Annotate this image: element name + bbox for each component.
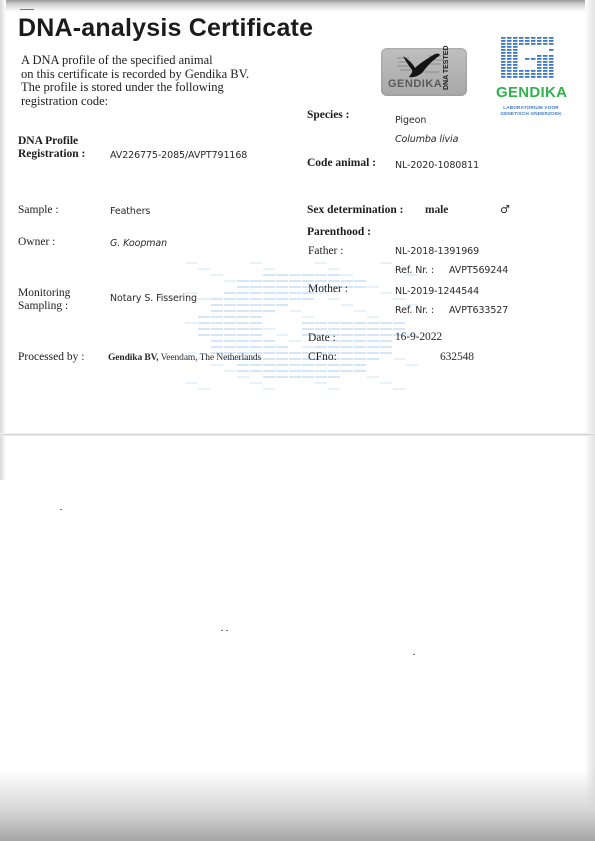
mother-ref-label: Ref. Nr. : <box>395 305 434 316</box>
lab-subtitle-line: GENETISCH ONDERZOEK <box>493 111 569 117</box>
registration-value: AV226775-2085/AVPT791168 <box>110 150 247 161</box>
code-animal-value: NL-2020-1080811 <box>395 160 479 171</box>
registration-label-line2: Registration : <box>18 148 85 160</box>
intro-text: A DNA profile of the specified animal on… <box>21 54 321 108</box>
mother-label: Mother : <box>308 283 348 295</box>
species-latin-value: Columba livia <box>395 134 458 145</box>
parenthood-label: Parenthood : <box>307 226 371 238</box>
sample-value: Feathers <box>110 206 150 217</box>
dust-speck <box>60 509 62 510</box>
code-animal-label: Code animal : <box>307 157 376 169</box>
sample-label: Sample : <box>18 204 59 216</box>
processed-company: Gendika BV, <box>108 353 158 363</box>
cfno-value: 632548 <box>440 351 474 363</box>
monitoring-label-line2: Sampling : <box>18 300 68 312</box>
mother-value: NL-2019-1244544 <box>395 286 479 297</box>
father-ref-label: Ref. Nr. : <box>395 265 434 276</box>
father-value: NL-2018-1391969 <box>395 246 479 257</box>
lab-subtitle-line: LABORATORIUM VOOR <box>493 105 569 111</box>
intro-line: registration code: <box>21 95 321 109</box>
dust-speck <box>226 630 228 631</box>
father-ref-value: AVPT569244 <box>449 265 508 276</box>
owner-value: G. Koopman <box>110 238 167 249</box>
owner-label: Owner : <box>18 236 55 248</box>
scan-shadow-right <box>585 0 595 841</box>
dna-tested-badge: GENDIKA DNA TESTED <box>381 48 467 96</box>
date-label: Date : <box>308 332 336 344</box>
processed-value: Gendika BV, Veendam, The Netherlands <box>108 353 261 363</box>
monitoring-label-line1: Monitoring <box>18 287 70 299</box>
scan-mark <box>20 9 34 10</box>
processed-label: Processed by : <box>18 351 84 363</box>
intro-line: A DNA profile of the specified animal <box>21 54 321 68</box>
badge-dna-tested-label: DNA TESTED <box>443 46 453 90</box>
gendika-logo: GENDIKA LABORATORIUM VOOR GENETISCH ONDE… <box>490 37 590 122</box>
processed-location: Veendam, The Netherlands <box>158 353 261 363</box>
mother-ref-value: AVPT633527 <box>449 305 508 316</box>
sex-value: male <box>425 204 448 216</box>
monitoring-value: Notary S. Fissering <box>110 293 197 304</box>
gendika-watermark <box>185 262 420 397</box>
registration-label-line1: DNA Profile <box>18 135 78 147</box>
scan-shadow-left <box>0 0 6 480</box>
certificate-title: DNA-analysis Certificate <box>18 14 313 43</box>
intro-line: on this certificate is recorded by Gendi… <box>21 68 321 82</box>
cfno-label: CFno: <box>308 351 337 363</box>
badge-brand-name: GENDIKA <box>388 78 442 90</box>
scan-shadow-bottom <box>0 770 595 841</box>
g-mark-icon <box>498 37 558 79</box>
species-label: Species : <box>307 109 349 121</box>
male-symbol-icon: ♂ <box>500 203 510 216</box>
intro-line: The profile is stored under the followin… <box>21 81 321 95</box>
lab-brand-name: GENDIKA <box>496 84 567 101</box>
dust-speck <box>221 630 223 631</box>
paper-fold-line <box>0 433 595 436</box>
father-label: Father : <box>308 245 343 257</box>
date-value: 16-9-2022 <box>395 331 442 343</box>
scan-shadow-top <box>0 0 595 12</box>
sex-label: Sex determination : <box>307 204 403 216</box>
species-common-value: Pigeon <box>395 115 426 126</box>
dust-speck <box>413 654 415 655</box>
lab-subtitle: LABORATORIUM VOOR GENETISCH ONDERZOEK <box>493 105 569 116</box>
